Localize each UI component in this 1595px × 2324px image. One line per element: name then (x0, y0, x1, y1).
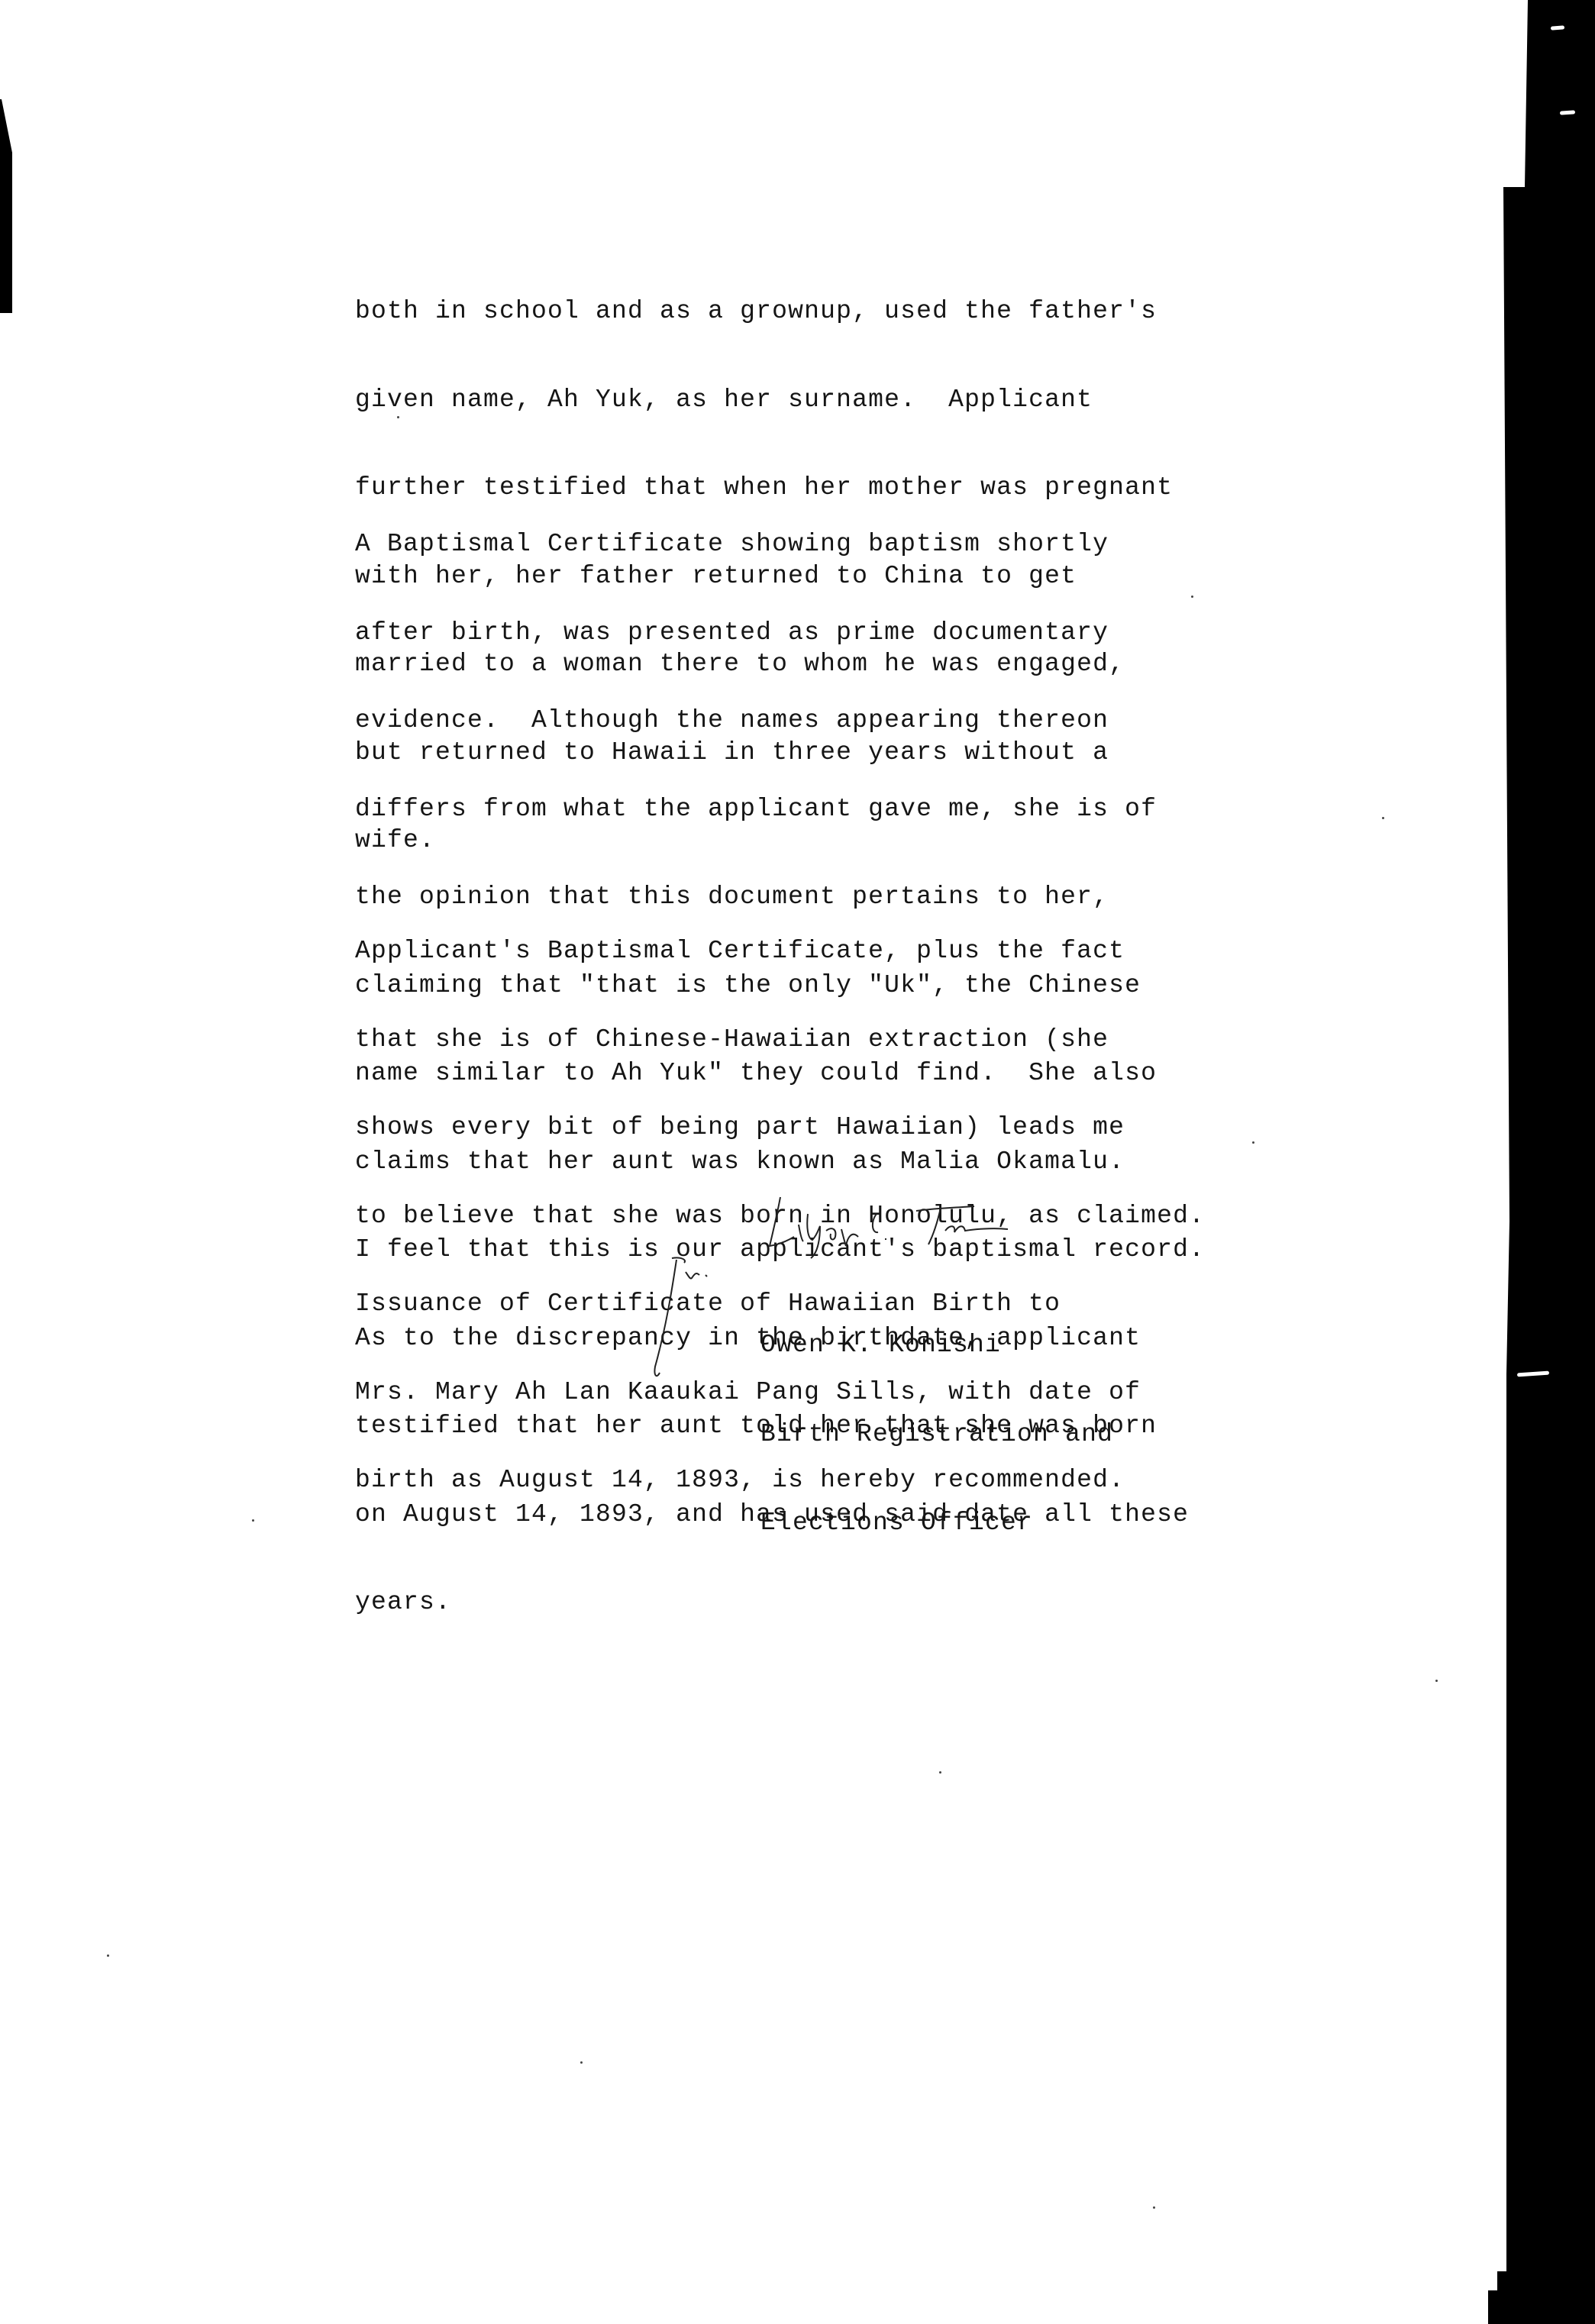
scan-speck (1435, 1680, 1438, 1682)
scan-speck (1191, 596, 1193, 598)
scan-speck (580, 2061, 583, 2064)
scan-speck (107, 1954, 109, 1957)
handwritten-for-mark (641, 1252, 733, 1405)
scan-speck (1153, 2206, 1155, 2209)
document-page: both in school and as a grownup, used th… (0, 0, 1595, 2324)
signature-block: Owen K. Konishi Birth Registration and E… (760, 1270, 1113, 1597)
text-line: given name, Ah Yuk, as her surname. Appl… (355, 386, 1173, 415)
text-line: shows every bit of being part Hawaiian) … (355, 1113, 1205, 1143)
signatory-title: Elections Officer (760, 1508, 1113, 1538)
handwritten-signature (764, 1191, 1115, 1260)
scan-speck (1382, 817, 1384, 819)
text-line: that she is of Chinese-Hawaiian extracti… (355, 1025, 1205, 1055)
text-line: evidence. Although the names appearing t… (355, 706, 1205, 736)
scan-speck (939, 1771, 941, 1774)
scan-speck (252, 1519, 254, 1522)
scan-edge-left (0, 99, 14, 313)
signatory-name: Owen K. Konishi (760, 1330, 1113, 1360)
text-line: after birth, was presented as prime docu… (355, 618, 1205, 648)
text-line: A Baptismal Certificate showing baptism … (355, 530, 1205, 560)
signatory-title: Birth Registration and (760, 1419, 1113, 1449)
text-line: Applicant's Baptismal Certificate, plus … (355, 937, 1205, 967)
scan-speck (397, 416, 399, 418)
text-line: both in school and as a grownup, used th… (355, 297, 1173, 327)
scan-edge-right (1480, 0, 1595, 2324)
scan-speck (1252, 1141, 1254, 1144)
text-line: differs from what the applicant gave me,… (355, 795, 1205, 825)
